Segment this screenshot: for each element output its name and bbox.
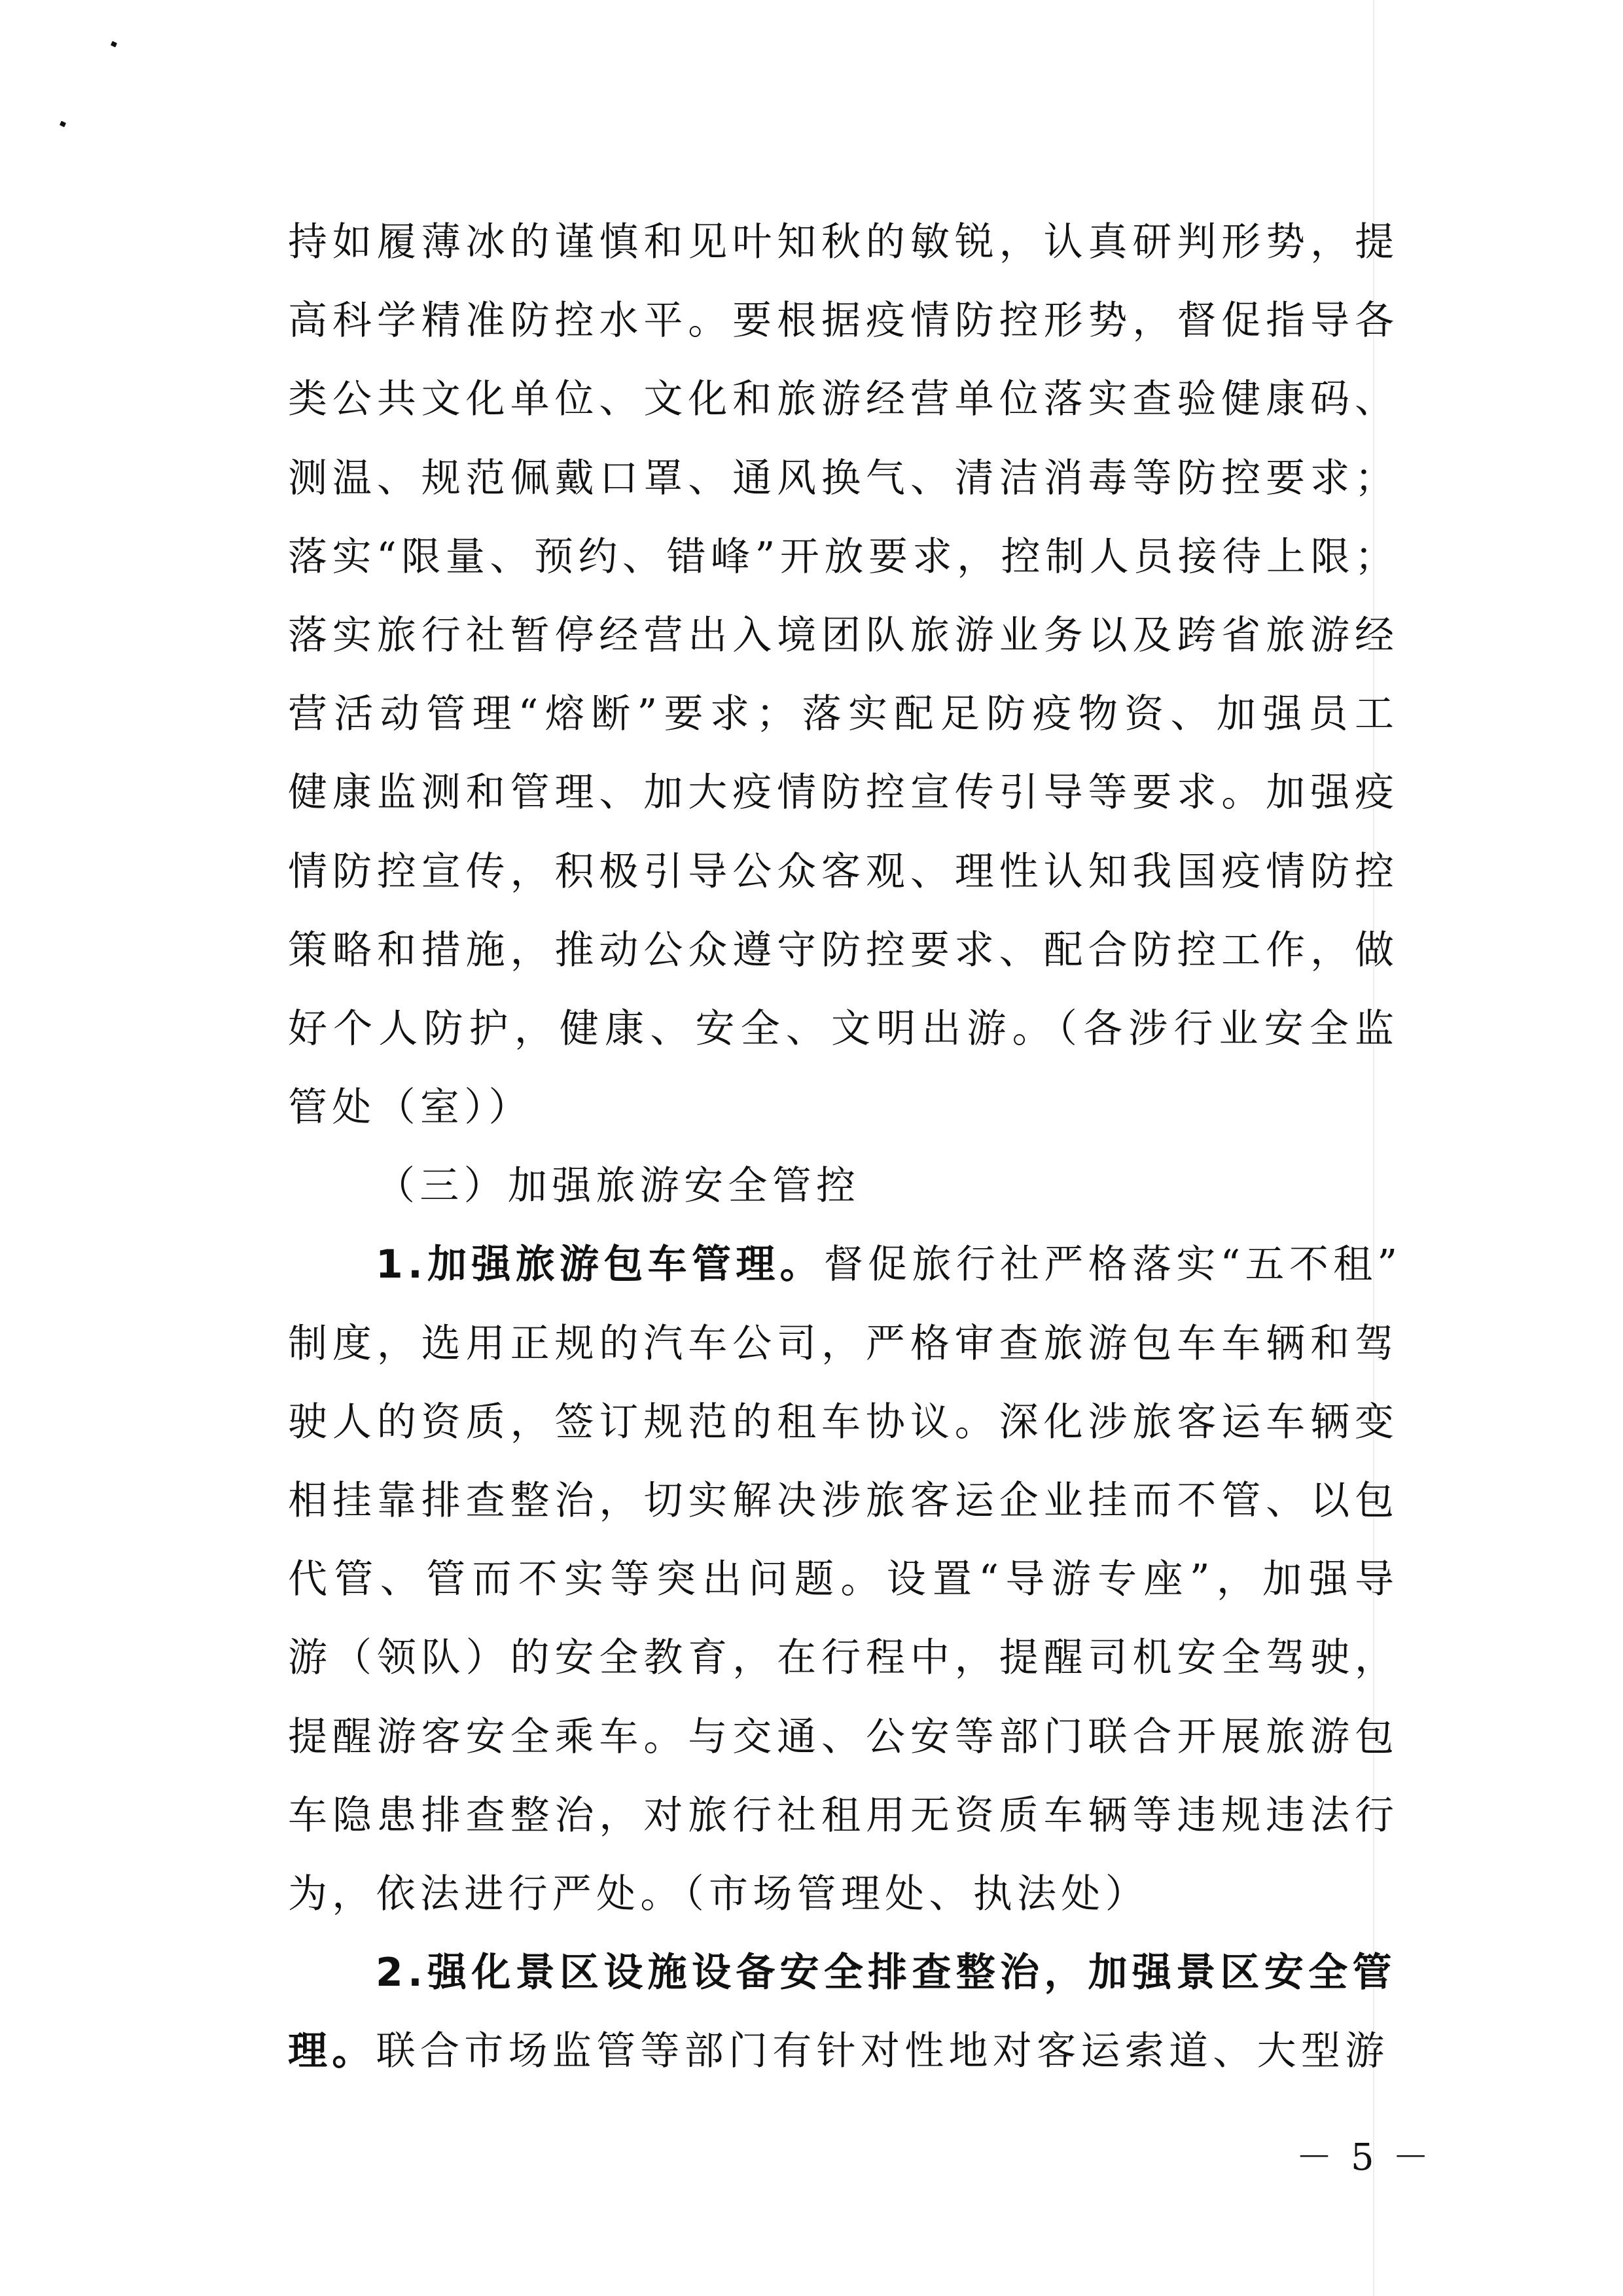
page-number-dash-left: － (1296, 2135, 1332, 2181)
item-1-first-line: 1.加强旅游包车管理。督促旅行社严格落实“五不租” (288, 1225, 1394, 1304)
paragraph-line: 营活动管理“熔断”要求；落实配足防疫物资、加强员工 (288, 675, 1394, 753)
item-2-title-end: 理。 (288, 2028, 376, 2074)
paragraph-line: 提醒游客安全乘车。与交通、公安等部门联合开展旅游包 (288, 1698, 1394, 1776)
paragraph-line: 为，依法进行严处。（市场管理处、执法处） (288, 1855, 1394, 1933)
item-1-text: 督促旅行社严格落实“五不租” (824, 1242, 1402, 1287)
scan-speck (60, 121, 66, 128)
paragraph-line: 策略和措施，推动公众遵守防控要求、配合防控工作，做 (288, 911, 1394, 990)
paragraph-line: 代管、管而不实等突出问题。设置“导游专座”，加强导 (288, 1540, 1394, 1619)
paragraph-line: 持如履薄冰的谨慎和见叶知秋的敏锐，认真研判形势，提 (288, 203, 1394, 281)
paragraph-line: 好个人防护，健康、安全、文明出游。（各涉行业安全监 (288, 990, 1394, 1068)
page-number-value: 5 (1351, 2135, 1374, 2181)
paragraph-line: 管处（室）） (288, 1068, 1394, 1147)
paragraph-line: 类公共文化单位、文化和旅游经营单位落实查验健康码、 (288, 360, 1394, 439)
paragraph-line: 驶人的资质，签订规范的租车协议。深化涉旅客运车辆变 (288, 1383, 1394, 1462)
paragraph-line: 车隐患排查整治，对旅行社租用无资质车辆等违规违法行 (288, 1776, 1394, 1855)
document-body: 持如履薄冰的谨慎和见叶知秋的敏锐，认真研判形势，提 高科学精准防控水平。要根据疫… (288, 203, 1394, 2091)
page-number: － 5 － (1296, 2135, 1466, 2181)
section-heading: （三）加强旅游安全管控 (288, 1147, 1394, 1225)
paragraph-line: 测温、规范佩戴口罩、通风换气、清洁消毒等防控要求； (288, 439, 1394, 518)
item-2-title: 2.强化景区设施设备安全排查整治，加强景区安全管 (288, 1933, 1394, 2012)
paragraph-line: 情防控宣传，积极引导公众客观、理性认知我国疫情防控 (288, 833, 1394, 911)
paragraph-line: 健康监测和管理、加大疫情防控宣传引导等要求。加强疫 (288, 753, 1394, 832)
scan-speck (111, 41, 117, 48)
item-1-title: 1.加强旅游包车管理。 (376, 1242, 824, 1287)
item-2-second-line: 理。联合市场监管等部门有针对性地对客运索道、大型游 (288, 2012, 1394, 2090)
paragraph-line: 高科学精准防控水平。要根据疫情防控形势，督促指导各 (288, 281, 1394, 360)
paragraph-line: 落实“限量、预约、错峰”开放要求，控制人员接待上限； (288, 518, 1394, 596)
page-number-dash-right: － (1393, 2135, 1429, 2181)
paragraph-line: 相挂靠排查整治，切实解决涉旅客运企业挂而不管、以包 (288, 1462, 1394, 1540)
paragraph-line: 游（领队）的安全教育，在行程中，提醒司机安全驾驶， (288, 1619, 1394, 1697)
paragraph-line: 落实旅行社暂停经营出入境团队旅游业务以及跨省旅游经 (288, 596, 1394, 675)
item-2-text: 联合市场监管等部门有针对性地对客运索道、大型游 (376, 2028, 1389, 2074)
paragraph-line: 制度，选用正规的汽车公司，严格审查旅游包车车辆和驾 (288, 1304, 1394, 1383)
